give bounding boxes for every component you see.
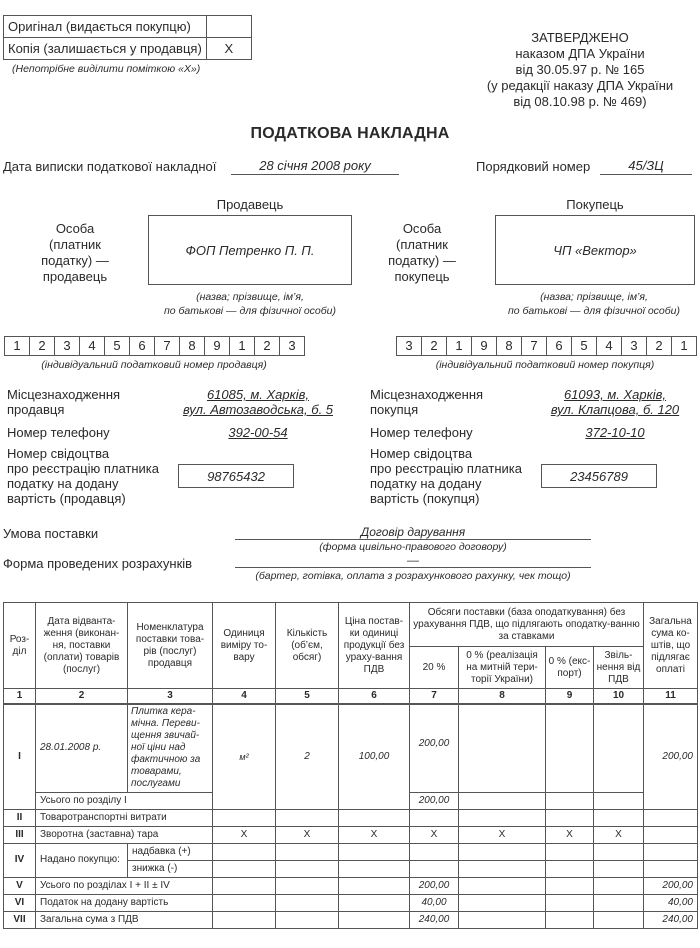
buyer-vat-field[interactable]: 23456789 [541, 464, 657, 488]
cell[interactable] [213, 877, 276, 894]
col-header-exempt: Звіль-нення від ПДВ [594, 647, 644, 689]
label-line: вартість (покупця) [370, 491, 522, 506]
label-line: Місцезнаходження [370, 387, 483, 402]
total-cell[interactable]: 240,00 [644, 911, 698, 928]
cell[interactable] [594, 894, 644, 911]
copy-note: (Непотрібне виділити поміткою «Х») [12, 63, 200, 75]
cell[interactable] [594, 843, 644, 860]
cell[interactable] [546, 860, 594, 877]
cell[interactable] [644, 809, 698, 826]
cell[interactable] [644, 843, 698, 860]
seller-inn-note: (індивідуальний податковий номер продавц… [4, 359, 304, 371]
document-title: ПОДАТКОВА НАКЛАДНА [0, 125, 700, 143]
value-line: 61093, м. Харків, [540, 387, 690, 402]
inn-digit: 3 [397, 337, 421, 355]
seller-desc-line: Особа [20, 221, 130, 237]
cell[interactable] [339, 894, 410, 911]
inn-digit: 2 [29, 337, 54, 355]
cell[interactable] [594, 809, 644, 826]
rate20-cell[interactable]: 40,00 [410, 894, 459, 911]
cell[interactable] [459, 809, 546, 826]
label-line: про реєстрацію платника [7, 461, 159, 476]
value-line: 61085, м. Харків, [178, 387, 338, 402]
col-number: 5 [276, 689, 339, 705]
cell[interactable] [276, 894, 339, 911]
section-number: I [4, 704, 36, 809]
shipment-date-cell[interactable]: 28.01.2008 р. [36, 704, 128, 792]
subtotal-label: Усього по розділу I [36, 792, 213, 809]
inn-digit: 6 [129, 337, 154, 355]
buyer-phone-label: Номер телефону [370, 425, 473, 440]
seller-inn-field[interactable]: 1 2 3 4 5 6 7 8 9 1 2 3 [4, 336, 305, 356]
payment-field[interactable]: — [235, 553, 591, 568]
cell[interactable] [213, 809, 276, 826]
buyer-phone-field[interactable]: 372-10-10 [540, 425, 690, 440]
cell[interactable] [276, 911, 339, 928]
section-number: III [4, 826, 36, 843]
subtotal-rate0-export-cell[interactable] [546, 792, 594, 809]
cell[interactable] [459, 877, 546, 894]
table-row-section-4-markup: IV Надано покупцю: надбавка (+) [4, 843, 698, 860]
approved-line: наказом ДПА України [470, 46, 690, 62]
col-header-rate20: 20 % [410, 647, 459, 689]
col-number: 10 [594, 689, 644, 705]
col-number: 8 [459, 689, 546, 705]
col-header-price: Ціна постав-ки одиниці продукції без ура… [339, 603, 410, 689]
rate0-domestic-cell[interactable] [459, 704, 546, 792]
cell[interactable] [459, 860, 546, 877]
column-numbers-row: 1 2 3 4 5 6 7 8 9 10 11 [4, 689, 698, 705]
col-header-qty: Кількість (об’єм, обсяг) [276, 603, 339, 689]
rate20-cell[interactable]: 200,00 [410, 704, 459, 792]
cell[interactable] [339, 860, 410, 877]
inn-digit: 4 [596, 337, 621, 355]
cell[interactable] [546, 911, 594, 928]
approved-line: від 30.05.97 р. № 165 [470, 62, 690, 78]
number-label: Порядковий номер [476, 159, 590, 174]
note-line: по батькові — для фізичної особи) [140, 304, 360, 318]
inn-digit: 9 [471, 337, 496, 355]
seller-vat-label: Номер свідоцтва про реєстрацію платника … [7, 446, 159, 506]
seller-vat-field[interactable]: 98765432 [178, 464, 294, 488]
col-header-tax-base-group: Обсяги поставки (база оподаткування) без… [410, 603, 644, 647]
buyer-inn-note: (індивідуальний податковий номер покупця… [395, 359, 695, 371]
cell[interactable] [276, 809, 339, 826]
qty-cell[interactable]: 2 [276, 704, 339, 809]
col-header-goods: Номенклатура поставки това-рів (послуг) … [128, 603, 213, 689]
rate20-cell[interactable]: 200,00 [410, 877, 459, 894]
inn-digit: 1 [671, 337, 696, 355]
cell[interactable] [410, 809, 459, 826]
buyer-desc-line: (платник [367, 237, 477, 253]
inn-digit: 5 [104, 337, 129, 355]
buyer-desc-line: покупець [367, 269, 477, 285]
exempt-cell[interactable] [594, 704, 644, 792]
table-row-section-3: III Зворотна (заставна) тара X X X X X X… [4, 826, 698, 843]
col-number: 1 [4, 689, 36, 705]
section-number: VI [4, 894, 36, 911]
subtotal-rate0-domestic-cell[interactable] [459, 792, 546, 809]
number-field[interactable]: 45/ЗЦ [600, 158, 692, 175]
approved-line: ЗАТВЕРДЖЕНО [470, 30, 690, 46]
inn-digit: 7 [521, 337, 546, 355]
copy-type-table: Оригінал (видається покупцю) Копія (зали… [3, 15, 252, 60]
inn-digit: 3 [279, 337, 304, 355]
price-cell[interactable]: 100,00 [339, 704, 410, 809]
section-label: Товаротранспортні витрати [36, 809, 213, 826]
buyer-desc-line: податку) — [367, 253, 477, 269]
section-number: VII [4, 911, 36, 928]
subtotal-rate20-cell[interactable]: 200,00 [410, 792, 459, 809]
total-cell[interactable]: 40,00 [644, 894, 698, 911]
cell[interactable] [410, 843, 459, 860]
value-line: вул. Автозаводська, б. 5 [178, 402, 338, 417]
section-label: Зворотна (заставна) тара [36, 826, 213, 843]
cell[interactable] [339, 809, 410, 826]
cell[interactable] [546, 877, 594, 894]
label-line: податку на додану [7, 476, 159, 491]
inn-digit: 1 [5, 337, 29, 355]
x-mark: X [594, 826, 644, 843]
label-line: вартість (продавця) [7, 491, 159, 506]
approved-line: від 08.10.98 р. № 469) [470, 94, 690, 110]
approved-line: (у редакції наказу ДПА України [470, 78, 690, 94]
date-label: Дата виписки податкової накладної [3, 159, 216, 174]
cell[interactable] [276, 843, 339, 860]
table-row-section-7: VII Загальна сума з ПДВ 240,00 240,00 [4, 911, 698, 928]
cell[interactable] [410, 860, 459, 877]
inn-digit: 7 [154, 337, 179, 355]
header-row: Роз-діл Дата відванта-ження (виконан-ня,… [4, 603, 698, 647]
buyer-location-label: Місцезнаходження покупця [370, 387, 483, 417]
inn-digit: 5 [571, 337, 596, 355]
payment-note: (бартер, готівка, оплата з розрахунковог… [235, 570, 591, 582]
col-header-unit: Одиниця виміру то-вару [213, 603, 276, 689]
seller-desc-line: податку) — [20, 253, 130, 269]
value-line: вул. Клапцова, б. 120 [540, 402, 690, 417]
cell[interactable] [459, 894, 546, 911]
copy-row-copy: Копія (залишається у продавця) X [4, 38, 252, 60]
cell[interactable] [594, 911, 644, 928]
label-line: Місцезнаходження [7, 387, 120, 402]
copy-row-original: Оригінал (видається покупцю) [4, 16, 252, 38]
table-row-section-1: I 28.01.2008 р. Плитка кера-мічна. Перев… [4, 704, 698, 792]
section-number: II [4, 809, 36, 826]
col-number: 7 [410, 689, 459, 705]
inn-digit: 2 [646, 337, 671, 355]
inn-digit: 2 [254, 337, 279, 355]
x-mark: X [459, 826, 546, 843]
seller-desc-line: (платник [20, 237, 130, 253]
x-mark: X [213, 826, 276, 843]
table-row-section-2: II Товаротранспортні витрати [4, 809, 698, 826]
cell[interactable] [644, 826, 698, 843]
buyer-name-field[interactable]: ЧП «Вектор» [495, 215, 695, 285]
col-number: 11 [644, 689, 698, 705]
copy-mark[interactable] [206, 16, 251, 38]
cell[interactable] [276, 877, 339, 894]
buyer-location-field[interactable]: 61093, м. Харків, вул. Клапцова, б. 120 [540, 387, 690, 417]
total-cell[interactable]: 200,00 [644, 704, 698, 809]
buyer-desc-line: Особа [367, 221, 477, 237]
seller-phone-field[interactable]: 392-00-54 [178, 425, 338, 440]
delivery-label: Умова поставки [3, 526, 98, 541]
cell[interactable] [459, 843, 546, 860]
buyer-vat-label: Номер свідоцтва про реєстрацію платника … [370, 446, 522, 506]
approved-block: ЗАТВЕРДЖЕНО наказом ДПА України від 30.0… [470, 30, 690, 110]
inn-digit: 3 [54, 337, 79, 355]
table-row-section-6: VI Податок на додану вартість 40,00 40,0… [4, 894, 698, 911]
buyer-heading: Покупець [496, 197, 694, 212]
seller-desc-line: продавець [20, 269, 130, 285]
label-line: Номер свідоцтва [370, 446, 522, 461]
seller-location-field[interactable]: 61085, м. Харків, вул. Автозаводська, б.… [178, 387, 338, 417]
copy-mark[interactable]: X [206, 38, 251, 60]
col-number: 3 [128, 689, 213, 705]
seller-heading: Продавець [149, 197, 351, 212]
rate0-export-cell[interactable] [546, 704, 594, 792]
col-header-date: Дата відванта-ження (виконан-ня, поставк… [36, 603, 128, 689]
x-mark: X [546, 826, 594, 843]
section-label: Надано покупцю: [36, 843, 128, 877]
cell[interactable] [213, 843, 276, 860]
inn-digit: 8 [496, 337, 521, 355]
date-field[interactable]: 28 січня 2008 року [231, 158, 399, 175]
inn-digit: 6 [546, 337, 571, 355]
cell[interactable] [213, 911, 276, 928]
section-number: IV [4, 843, 36, 877]
inn-digit: 1 [446, 337, 471, 355]
payment-label: Форма проведених розрахунків [3, 556, 192, 571]
seller-name-note: (назва; прізвище, ім’я, по батькові — дл… [140, 290, 360, 318]
seller-desc: Особа (платник податку) — продавець [20, 221, 130, 285]
cell[interactable] [339, 877, 410, 894]
inn-digit: 3 [621, 337, 646, 355]
markup-label: надбавка (+) [128, 843, 213, 860]
cell[interactable] [594, 877, 644, 894]
cell[interactable] [213, 860, 276, 877]
note-line: по батькові — для фізичної особи) [488, 304, 700, 318]
inn-digit: 1 [229, 337, 254, 355]
x-mark: X [276, 826, 339, 843]
cell[interactable] [339, 911, 410, 928]
x-mark: X [410, 826, 459, 843]
cell[interactable] [213, 894, 276, 911]
seller-phone-label: Номер телефону [7, 425, 110, 440]
section-label: Загальна сума з ПДВ [36, 911, 213, 928]
seller-location-label: Місцезнаходження продавця [7, 387, 120, 417]
label-line: податку на додану [370, 476, 522, 491]
col-number: 2 [36, 689, 128, 705]
label-line: продавця [7, 402, 120, 417]
cell[interactable] [276, 860, 339, 877]
goods-cell[interactable]: Плитка кера-мічна. Переви-щення звичай-н… [128, 704, 213, 792]
label-line: Номер свідоцтва [7, 446, 159, 461]
cell[interactable] [339, 843, 410, 860]
cell[interactable] [594, 860, 644, 877]
note-line: (назва; прізвище, ім’я, [140, 290, 360, 304]
section-label: Податок на додану вартість [36, 894, 213, 911]
col-header-rate0-export: 0 % (екс-порт) [546, 647, 594, 689]
inn-digit: 4 [79, 337, 104, 355]
discount-label: знижка (-) [128, 860, 213, 877]
buyer-inn-field[interactable]: 3 2 1 9 8 7 6 5 4 3 2 1 [396, 336, 697, 356]
label-line: покупця [370, 402, 483, 417]
delivery-note: (форма цивільно-правового договору) [235, 541, 591, 553]
cell[interactable] [546, 894, 594, 911]
col-header-section: Роз-діл [4, 603, 36, 689]
label-line: про реєстрацію платника [370, 461, 522, 476]
copy-label: Оригінал (видається покупцю) [4, 16, 207, 38]
seller-name-field[interactable]: ФОП Петренко П. П. [148, 215, 352, 285]
invoice-table: Роз-діл Дата відванта-ження (виконан-ня,… [3, 602, 698, 929]
buyer-desc: Особа (платник податку) — покупець [367, 221, 477, 285]
section-label: Усього по розділах I + II ± IV [36, 877, 213, 894]
inn-digit: 8 [179, 337, 204, 355]
col-header-total: Загальна сума ко-штів, що підлягає оплат… [644, 603, 698, 689]
cell[interactable] [459, 911, 546, 928]
total-cell[interactable]: 200,00 [644, 877, 698, 894]
subtotal-exempt-cell[interactable] [594, 792, 644, 809]
cell[interactable] [644, 860, 698, 877]
col-header-rate0-domestic: 0 % (реалізація на митній тери-торії Укр… [459, 647, 546, 689]
section-number: V [4, 877, 36, 894]
copy-label: Копія (залишається у продавця) [4, 38, 207, 60]
cell[interactable] [546, 809, 594, 826]
cell[interactable] [546, 843, 594, 860]
buyer-name-note: (назва; прізвище, ім’я, по батькові — дл… [488, 290, 700, 318]
table-row-section-5: V Усього по розділах I + II ± IV 200,00 … [4, 877, 698, 894]
x-mark: X [339, 826, 410, 843]
note-line: (назва; прізвище, ім’я, [488, 290, 700, 304]
col-number: 4 [213, 689, 276, 705]
rate20-cell[interactable]: 240,00 [410, 911, 459, 928]
delivery-field[interactable]: Договір дарування [235, 525, 591, 540]
col-number: 6 [339, 689, 410, 705]
inn-digit: 9 [204, 337, 229, 355]
unit-cell[interactable]: м² [213, 704, 276, 809]
col-number: 9 [546, 689, 594, 705]
inn-digit: 2 [421, 337, 446, 355]
